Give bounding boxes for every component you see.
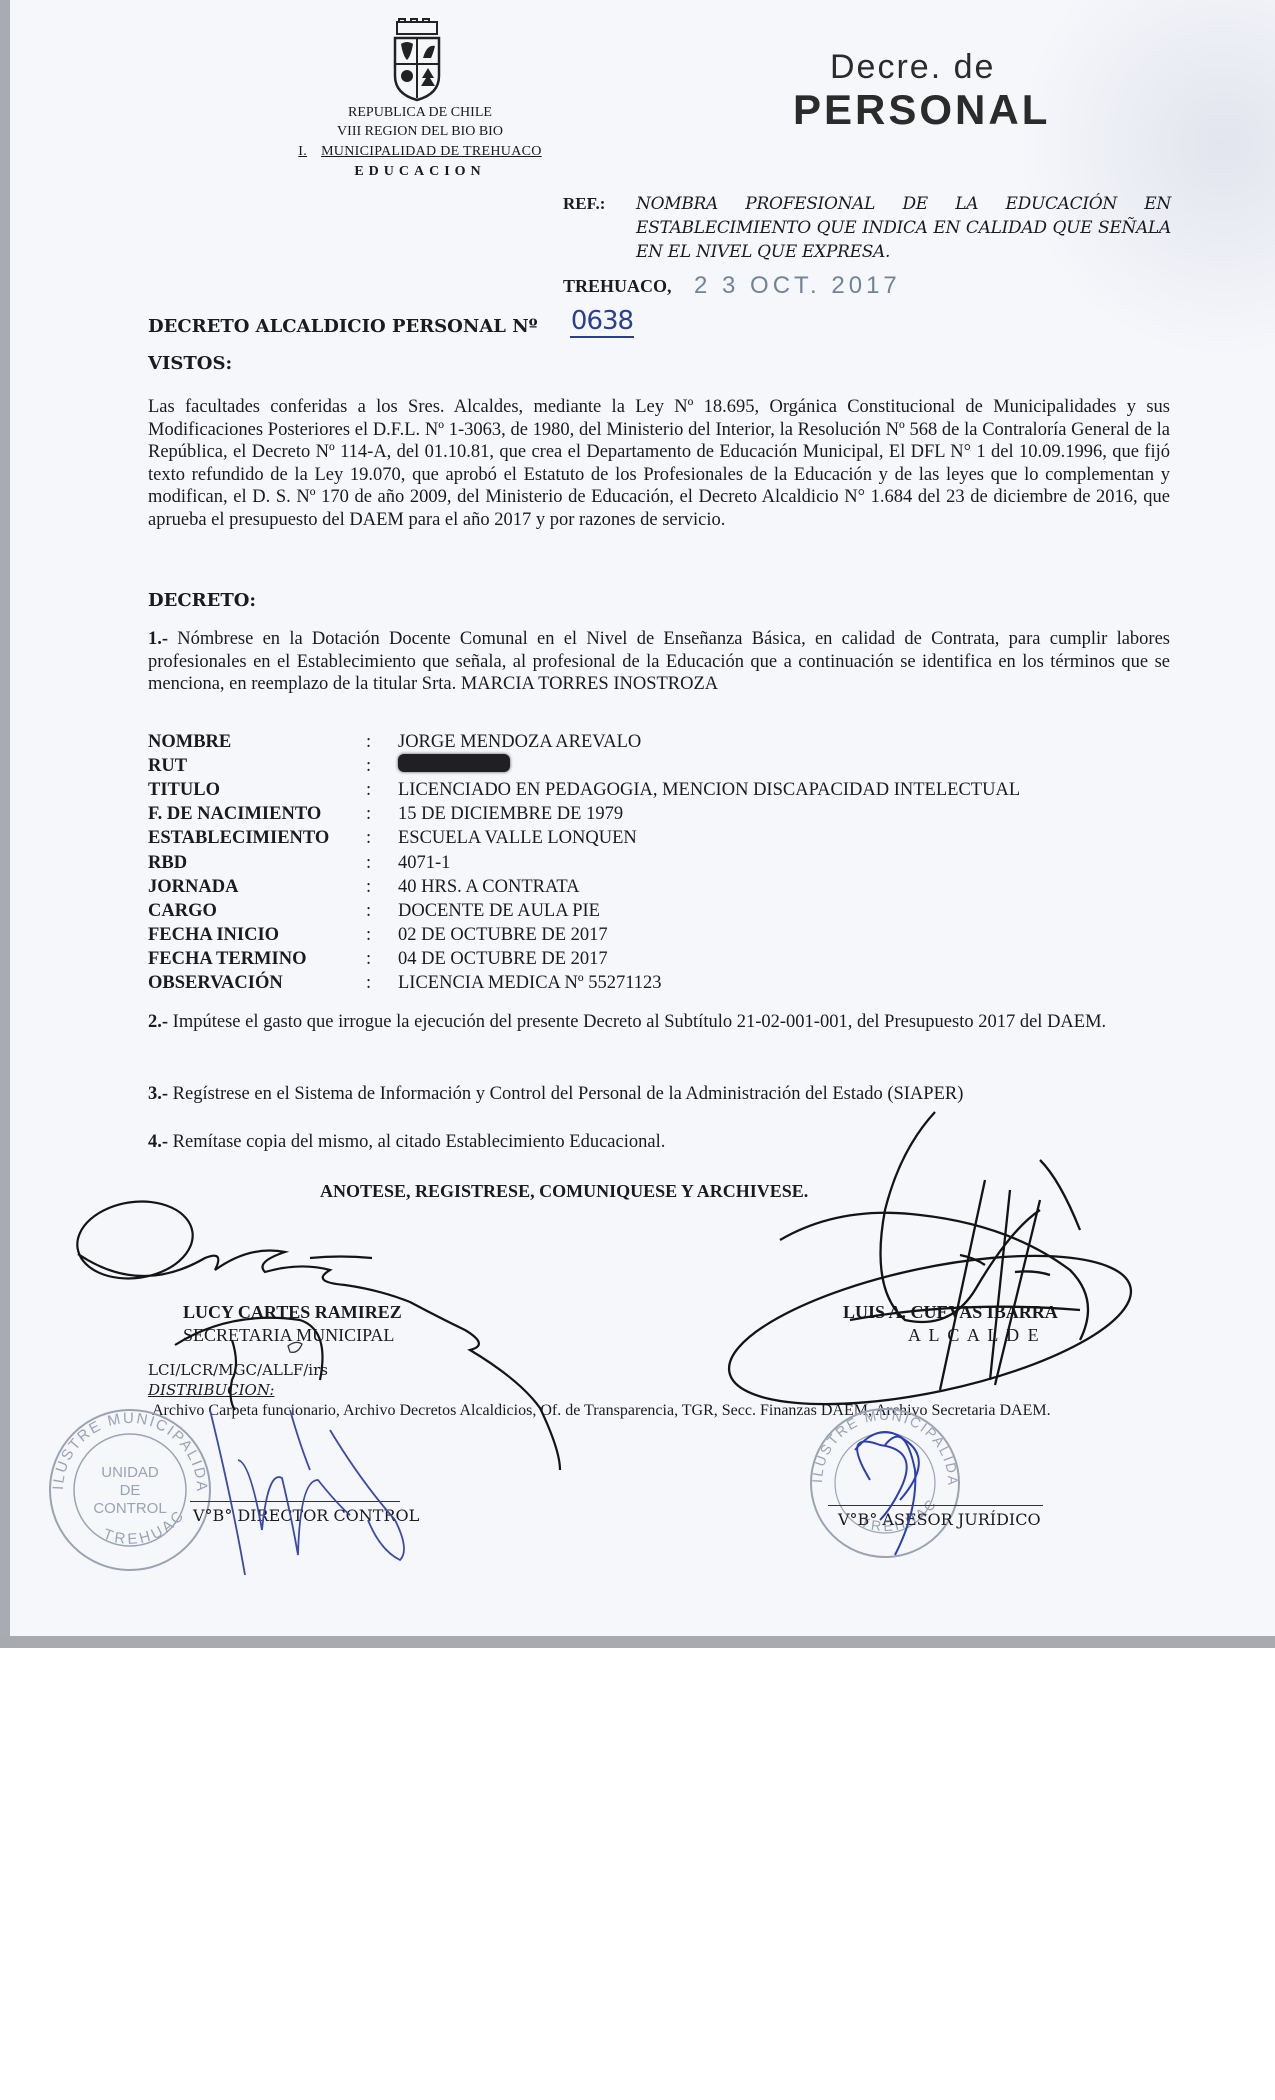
decreto-item-1: 1.- Nómbrese en la Dotación Docente Comu… (148, 628, 1170, 696)
legal-stamp-outer-text: ILUSTRE MUNICIPALIDAD (800, 1405, 961, 1487)
doc-type-line1: Decre. de (830, 48, 995, 87)
control-unit-stamp: ILUSTRE MUNICIPALIDAD TREHUACO UNIDAD DE… (45, 1405, 215, 1575)
detail-value: 4071-1 (398, 853, 1148, 874)
detail-label: NOMBRE (148, 732, 366, 753)
detail-colon: : (366, 780, 398, 801)
vistos-text: Las facultades conferidas a los Sres. Al… (148, 396, 1170, 532)
detail-row: NOMBRE:JORGE MENDOZA AREVALO (148, 730, 1148, 754)
detail-value-redacted (398, 754, 1148, 778)
detail-value: 40 HRS. A CONTRATA (398, 877, 1148, 898)
scanned-page: REPUBLICA DE CHILE VIII REGION DEL BIO B… (0, 0, 1275, 1648)
control-stamp-center-2: DE (120, 1482, 141, 1499)
detail-row: FECHA INICIO:02 DE OCTUBRE DE 2017 (148, 924, 1148, 948)
detail-row: F. DE NACIMIENTO:15 DE DICIEMBRE DE 1979 (148, 803, 1148, 827)
control-approval-label: V°B° DIRECTOR CONTROL (193, 1506, 419, 1525)
detail-value: 02 DE OCTUBRE DE 2017 (398, 925, 1148, 946)
decreto-title: DECRETO: (148, 590, 256, 611)
detail-label: RUT (148, 756, 366, 777)
detail-label: CARGO (148, 901, 366, 922)
detail-value: LICENCIA MEDICA Nº 55271123 (398, 973, 1148, 994)
municipality-name: MUNICIPALIDAD DE TREHUACO (321, 144, 542, 159)
detail-label: ESTABLECIMIENTO (148, 828, 366, 849)
closing-formula: ANOTESE, REGISTRESE, COMUNIQUESE Y ARCHI… (320, 1181, 808, 1202)
control-director-signature (210, 1410, 404, 1575)
item-4-number: 4.- (148, 1132, 168, 1152)
detail-row: JORNADA:40 HRS. A CONTRATA (148, 875, 1148, 899)
mayor-role: A L C A L D E (908, 1325, 1041, 1346)
svg-text:ILUSTRE MUNICIPALIDAD: ILUSTRE MUNICIPALIDAD (800, 1405, 961, 1487)
detail-value: 15 DE DICIEMBRE DE 1979 (398, 804, 1148, 825)
decreto-item-3: 3.- Regístrese en el Sistema de Informac… (148, 1083, 1170, 1106)
decreto-item-4: 4.- Remítase copia del mismo, al citado … (148, 1131, 1170, 1154)
item-2-number: 2.- (148, 1012, 168, 1032)
scan-edge (0, 0, 10, 1648)
header-municipality: I.MUNICIPALIDAD DE TREHUACO (270, 144, 570, 160)
detail-row: RBD:4071-1 (148, 851, 1148, 875)
mayor-signature (717, 1112, 1144, 1433)
detail-label: RBD (148, 853, 366, 874)
city-label: TREHUACO, (563, 276, 672, 297)
distribution-title: DISTRIBUCION: (148, 1381, 274, 1399)
reference-text: NOMBRA PROFESIONAL DE LA EDUCACIÓN EN ES… (636, 192, 1171, 264)
detail-colon: : (366, 925, 398, 946)
control-stamp-center-3: CONTROL (93, 1500, 166, 1517)
reference-text-line1: NOMBRA PROFESIONAL DE LA EDUCACIÓN EN (636, 192, 1171, 216)
detail-label: FECHA INICIO (148, 925, 366, 946)
detail-value: ESCUELA VALLE LONQUEN (398, 828, 1148, 849)
detail-value: DOCENTE DE AULA PIE (398, 901, 1148, 922)
item-3-text: Regístrese en el Sistema de Información … (168, 1084, 963, 1104)
detail-label: JORNADA (148, 877, 366, 898)
scan-shading (1015, 0, 1275, 360)
control-stamp-center-1: UNIDAD (101, 1464, 159, 1481)
detail-colon: : (366, 949, 398, 970)
decreto-item-2: 2.- Impútese el gasto que irrogue la eje… (148, 1011, 1170, 1034)
redaction-block (398, 754, 510, 772)
decree-number: 0638 (570, 306, 634, 338)
detail-colon: : (366, 877, 398, 898)
header-region: VIII REGION DEL BIO BIO (300, 124, 540, 140)
detail-colon: : (366, 732, 398, 753)
detail-label: TITULO (148, 780, 366, 801)
detail-value: LICENCIADO EN PEDAGOGIA, MENCION DISCAPA… (398, 780, 1148, 801)
detail-colon: : (366, 756, 398, 777)
secretary-role: SECRETARIA MUNICIPAL (183, 1325, 394, 1346)
item-1-number: 1.- (148, 629, 168, 649)
detail-row: CARGO:DOCENTE DE AULA PIE (148, 899, 1148, 923)
control-signature-line (190, 1501, 400, 1502)
header-department: EDUCACION (300, 164, 540, 180)
detail-row: FECHA TERMINO:04 DE OCTUBRE DE 2017 (148, 948, 1148, 972)
item-3-number: 3.- (148, 1084, 168, 1104)
detail-row: RUT: (148, 754, 1148, 778)
legal-approval-label: V°B° ASESOR JURÍDICO (838, 1510, 1041, 1529)
decree-number-label: DECRETO ALCALDICIO PERSONAL Nº (148, 316, 538, 337)
initials: LCI/LCR/MGC/ALLF/irs (148, 1361, 328, 1379)
detail-value: JORGE MENDOZA AREVALO (398, 732, 1148, 753)
date-stamp: 2 3 OCT. 2017 (694, 272, 901, 300)
municipality-prefix: I. (298, 144, 307, 159)
legal-signature-line (828, 1505, 1043, 1506)
detail-label: OBSERVACIÓN (148, 973, 366, 994)
header-country: REPUBLICA DE CHILE (300, 105, 540, 121)
detail-row: ESTABLECIMIENTO:ESCUELA VALLE LONQUEN (148, 827, 1148, 851)
detail-label: FECHA TERMINO (148, 949, 366, 970)
secretary-name: LUCY CARTES RAMIREZ (183, 1302, 402, 1323)
detail-row: TITULO:LICENCIADO EN PEDAGOGIA, MENCION … (148, 778, 1148, 802)
item-1-text: Nómbrese en la Dotación Docente Comunal … (148, 629, 1170, 694)
appointee-details: NOMBRE:JORGE MENDOZA AREVALORUT:TITULO:L… (148, 730, 1148, 996)
detail-colon: : (366, 901, 398, 922)
reference-label: REF.: (563, 194, 605, 214)
detail-row: OBSERVACIÓN:LICENCIA MEDICA Nº 55271123 (148, 972, 1148, 996)
legal-advisor-stamp: ILUSTRE MUNICIPALIDAD TREHUACO (800, 1405, 970, 1560)
detail-colon: : (366, 853, 398, 874)
item-2-text: Impútese el gasto que irrogue la ejecuci… (168, 1012, 1106, 1032)
municipal-crest-icon (387, 18, 447, 102)
detail-value: 04 DE OCTUBRE DE 2017 (398, 949, 1148, 970)
detail-colon: : (366, 973, 398, 994)
reference-text-rest: ESTABLECIMIENTO QUE INDICA EN CALIDAD QU… (636, 218, 1171, 262)
detail-colon: : (366, 804, 398, 825)
mayor-name: LUIS A. CUEVAS IBARRA (843, 1302, 1058, 1323)
detail-colon: : (366, 828, 398, 849)
vistos-title: VISTOS: (148, 353, 232, 374)
scan-bottom-edge (0, 1636, 1275, 1648)
item-4-text: Remítase copia del mismo, al citado Esta… (168, 1132, 665, 1152)
doc-type-line2: PERSONAL (793, 86, 1050, 134)
detail-label: F. DE NACIMIENTO (148, 804, 366, 825)
